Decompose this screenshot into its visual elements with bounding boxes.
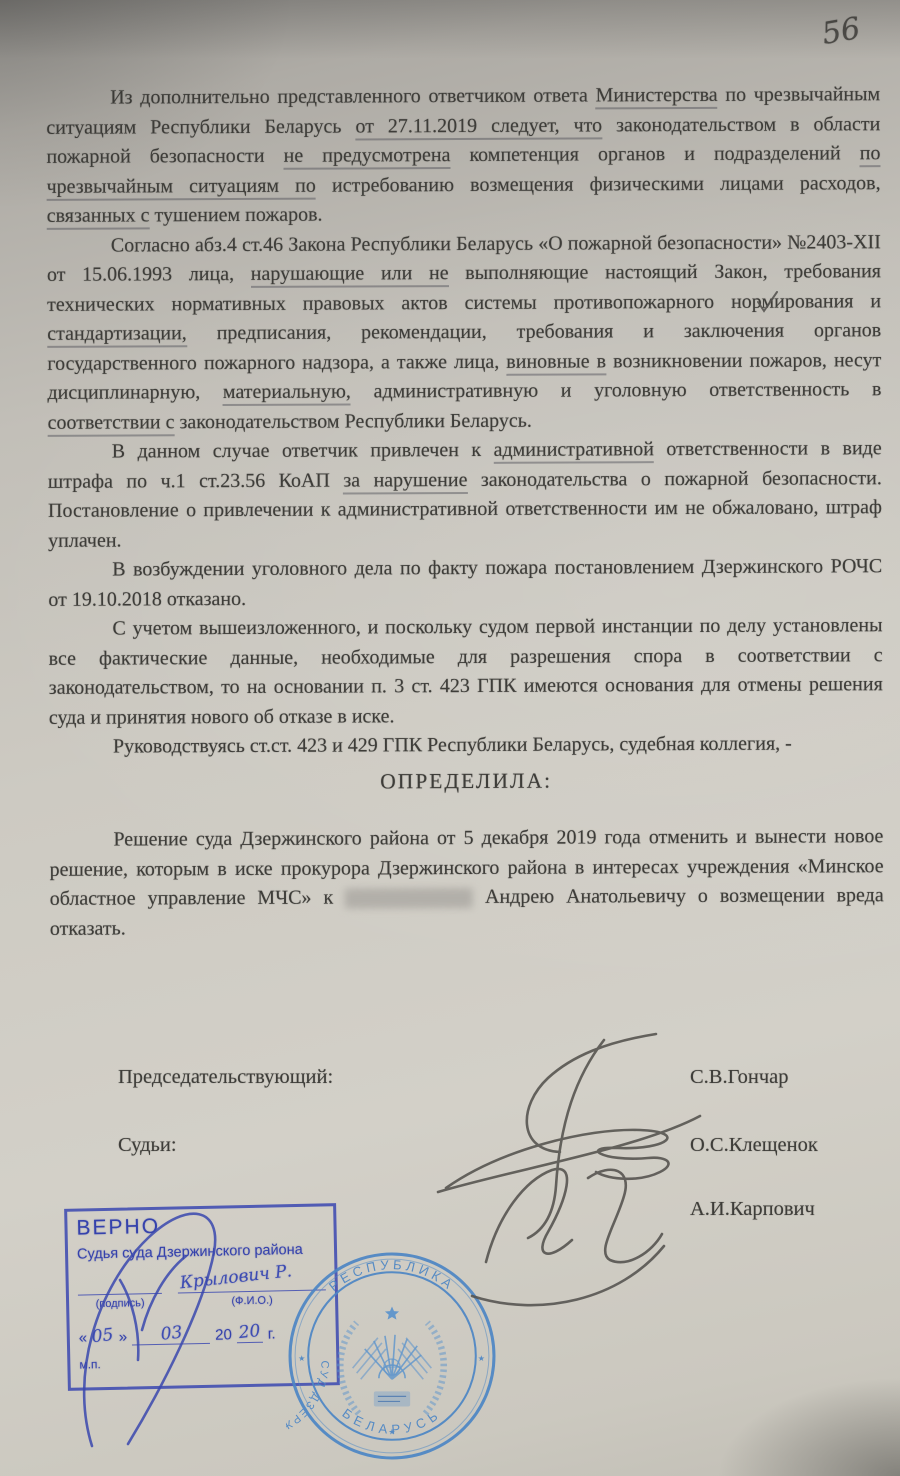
scanned-court-document: 56 Из дополнительно представленного отве… [0,0,900,1476]
presiding-name: С.В.Гончар [690,1066,830,1089]
month-line: 03 [132,1323,210,1346]
signature-caption: (подпись) [78,1297,162,1311]
paragraph-administrative-fine: В данном случае ответчик привлечен к адм… [48,434,883,556]
seal-outer-top-text: РЕСПУБЛИКА [326,1257,458,1294]
year-suffix: г. [268,1325,276,1342]
handwritten-year: 20 [238,1321,262,1343]
seal-star-bottom: ★ [388,1428,395,1437]
signature-row-judges: Судьи: О.С.Клещенок [118,1134,830,1157]
judges-label: Судьи: [118,1134,177,1157]
emblem-ribbon [374,1391,410,1406]
paragraph-grounds-for-reversal: С учетом вышеизложенного, и поскольку су… [48,611,883,733]
quote-open: « [79,1329,88,1346]
round-court-seal: РЕСПУБЛИКА БЕЛАРУСЬ СУД ДЗЕРЖИНСКОГО РАЙ… [286,1250,498,1462]
quote-close: » [119,1329,128,1346]
paragraph-criminal-case-refused: В возбуждении уголовного дела по факту п… [48,552,882,615]
paragraph-fire-safety-law: Согласно абз.4 ст.46 Закона Республики Б… [47,228,882,438]
stamp-title: ВЕРНО [76,1211,324,1240]
judge-name-karpovich: А.И.Карпович [690,1198,830,1221]
paragraph-ministry-reply: Из дополнительно представленного ответчи… [46,80,881,231]
seal-star-left: ★ [298,1354,305,1363]
belarus-coat-of-arms [340,1307,443,1414]
year-line: 20 [237,1322,263,1344]
handwritten-day: 05 [91,1325,115,1347]
seal-inner-circle [308,1272,476,1440]
presiding-label: Председательствующий: [118,1066,333,1089]
redaction-blur [345,888,473,909]
emblem-star-icon [385,1307,399,1320]
printed-century: 20 [215,1326,232,1343]
paragraph-guided-by: Руководствуясь ст.ст. 423 и 429 ГПК Респ… [49,729,883,762]
document-body: Из дополнительно представленного ответчи… [46,80,884,944]
paragraph-decision: Решение суда Дзержинского района от 5 де… [49,822,884,944]
stamp-signature-line [78,1277,162,1296]
signature-karpovich [472,1169,664,1305]
seal-star-right: ★ [478,1354,485,1363]
judge-name-kleshchenok: О.С.Клещенок [690,1134,830,1157]
handwritten-page-number: 56 [819,11,863,52]
handwritten-month: 03 [159,1323,183,1345]
handwritten-judge-name: Крылович Р. [179,1261,293,1293]
signature-row-presiding: Председательствующий: С.В.Гончар [118,1066,830,1089]
ruling-heading: ОПРЕДЕЛИЛА: [49,765,883,798]
